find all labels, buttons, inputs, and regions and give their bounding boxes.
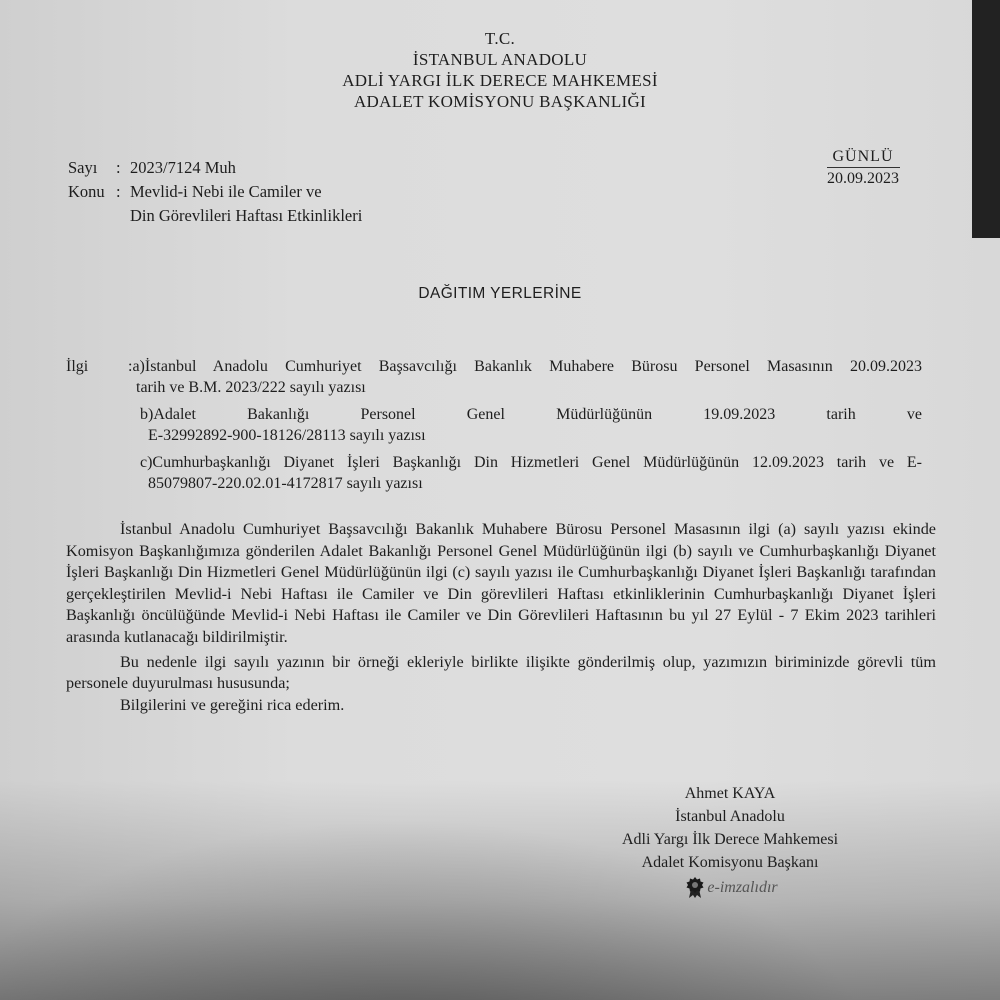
sayi-label: Sayı xyxy=(68,156,116,180)
reference-c-line1: c)Cumhurbaşkanlığı Diyanet İşleri Başkan… xyxy=(140,452,922,473)
e-signature-label: e-imzalıdır xyxy=(707,876,777,899)
document-photo: T.C. İSTANBUL ANADOLU ADLİ YARGI İLK DER… xyxy=(0,0,1000,1000)
body-paragraph-2: Bu nedenle ilgi sayılı yazının bir örneğ… xyxy=(66,652,936,695)
date-value: 20.09.2023 xyxy=(818,170,908,188)
reference-b-line2: E-32992892-900-18126/28113 sayılı yazısı xyxy=(140,425,922,446)
signatory-title-line2: Adli Yargı İlk Derece Mahkemesi xyxy=(580,828,880,851)
letter-meta: Sayı : 2023/7124 Muh Konu : Mevlid-i Neb… xyxy=(68,156,362,228)
date-block: GÜNLÜ 20.09.2023 xyxy=(818,148,908,188)
references-list: :a)İstanbul Anadolu Cumhuriyet Başsavcıl… xyxy=(128,356,922,500)
body-paragraph-3: Bilgilerini ve gereğini rica ederim. xyxy=(66,695,936,717)
signature-block: Ahmet KAYA İstanbul Anadolu Adli Yargı İ… xyxy=(580,782,880,906)
reference-item-a: :a)İstanbul Anadolu Cumhuriyet Başsavcıl… xyxy=(128,356,922,398)
reference-b-line1: b)Adalet Bakanlığı Personel Genel Müdürl… xyxy=(140,404,922,425)
distribution-heading: DAĞITIM YERLERİNE xyxy=(300,285,700,303)
rosette-seal-icon xyxy=(686,877,704,899)
date-label: GÜNLÜ xyxy=(827,148,900,168)
letterhead-line-court: ADLİ YARGI İLK DERECE MAHKEMESİ xyxy=(300,70,700,91)
official-letter: T.C. İSTANBUL ANADOLU ADLİ YARGI İLK DER… xyxy=(0,0,1000,1000)
body-paragraph-1: İstanbul Anadolu Cumhuriyet Başsavcılığı… xyxy=(66,519,936,649)
reference-a-line1: :a)İstanbul Anadolu Cumhuriyet Başsavcıl… xyxy=(128,356,922,377)
subject-row: Konu : Mevlid-i Nebi ile Camiler ve xyxy=(68,180,362,204)
signatory-title-line3: Adalet Komisyonu Başkanı xyxy=(580,851,880,874)
letterhead: T.C. İSTANBUL ANADOLU ADLİ YARGI İLK DER… xyxy=(300,28,700,112)
reference-item-c: c)Cumhurbaşkanlığı Diyanet İşleri Başkan… xyxy=(128,452,922,494)
sayi-value: 2023/7124 Muh xyxy=(130,156,236,180)
konu-label: Konu xyxy=(68,180,116,204)
reference-c-line2: 85079807-220.02.01-4172817 sayılı yazısı xyxy=(140,473,922,494)
reference-item-b: b)Adalet Bakanlığı Personel Genel Müdürl… xyxy=(128,404,922,446)
signatory-name: Ahmet KAYA xyxy=(580,782,880,805)
letterhead-line-commission: ADALET KOMİSYONU BAŞKANLIĞI xyxy=(300,91,700,112)
e-signature-mark: e-imzalıdır xyxy=(686,876,777,899)
konu-value-line2: Din Görevlileri Haftası Etkinlikleri xyxy=(68,204,362,228)
letterhead-line-city: İSTANBUL ANADOLU xyxy=(300,49,700,70)
reference-number-row: Sayı : 2023/7124 Muh xyxy=(68,156,362,180)
reference-a-line2: tarih ve B.M. 2023/222 sayılı yazısı xyxy=(128,377,922,398)
signatory-title-line1: İstanbul Anadolu xyxy=(580,805,880,828)
ilgi-label: İlgi xyxy=(66,356,88,377)
letterhead-line-tc: T.C. xyxy=(300,28,700,49)
konu-value-line1: Mevlid-i Nebi ile Camiler ve xyxy=(130,180,322,204)
sayi-separator: : xyxy=(116,156,130,180)
konu-separator: : xyxy=(116,180,130,204)
letter-body: İstanbul Anadolu Cumhuriyet Başsavcılığı… xyxy=(66,519,936,716)
